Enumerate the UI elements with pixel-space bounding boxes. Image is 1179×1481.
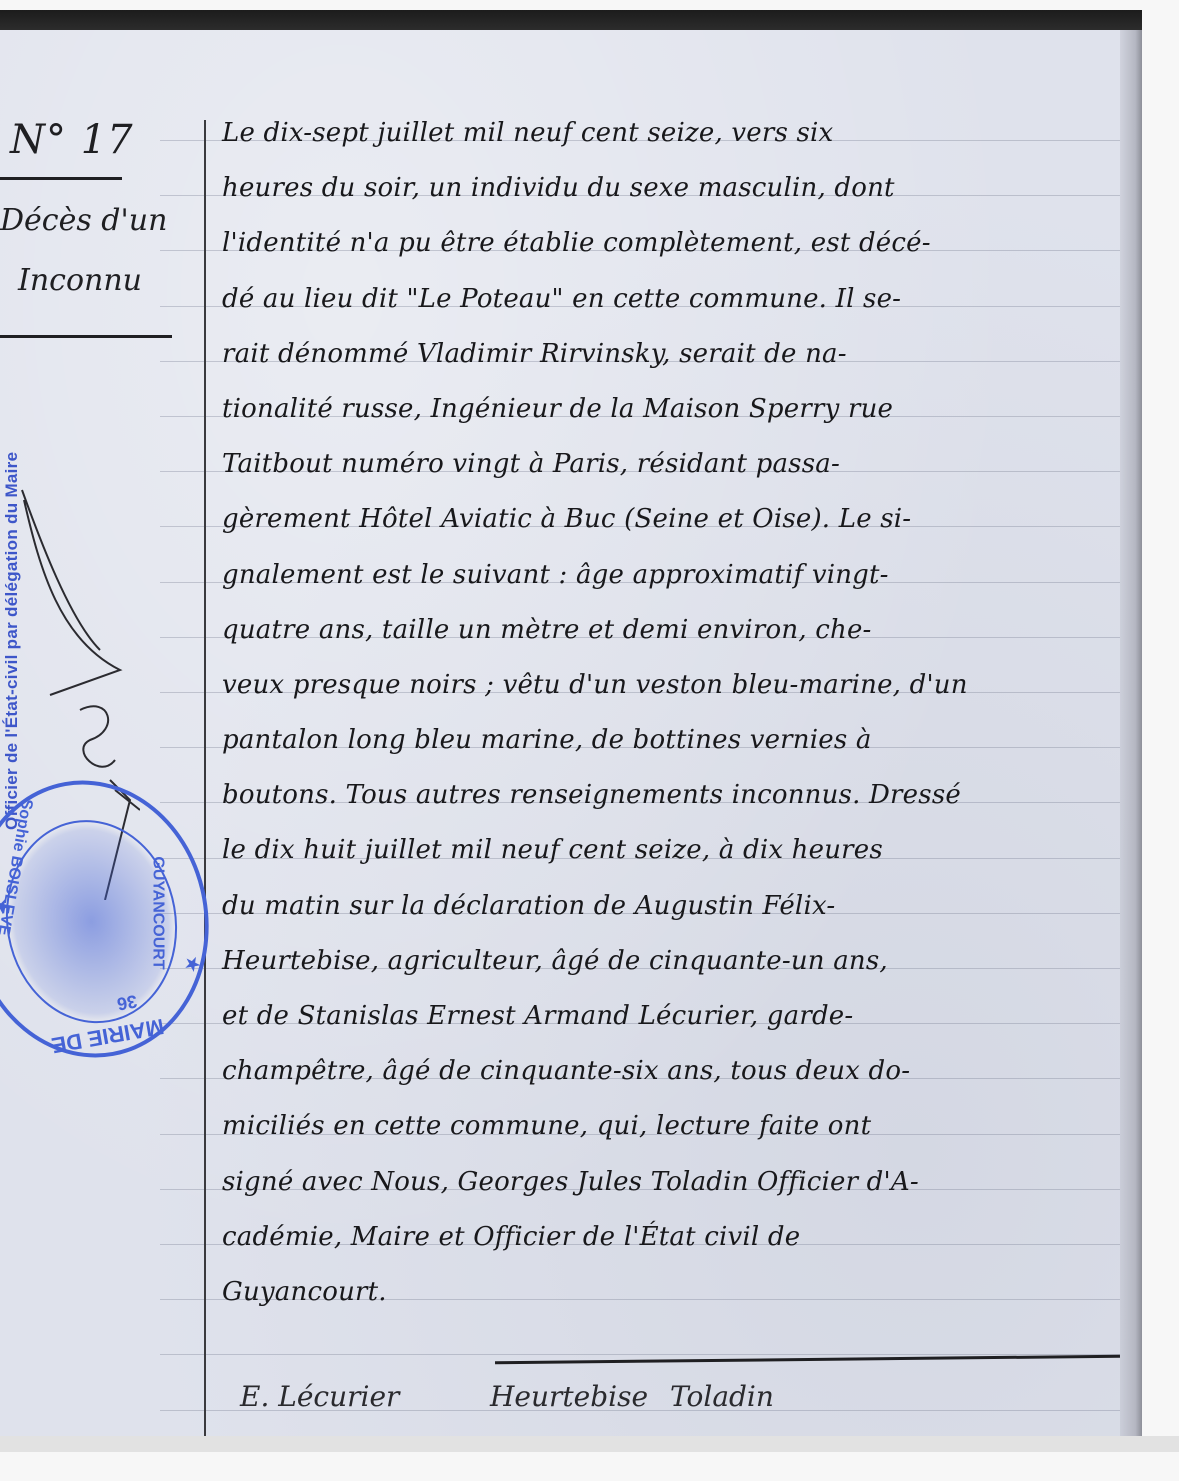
body-line: Heurtebise, agriculteur, âgé de cinquant… (222, 934, 1122, 989)
record-title-line-1: Décès d'un (0, 203, 167, 238)
municipal-seal: MAIRIE DE 36 GUYANCOURT ★ ★ Sophie BOISL… (0, 761, 230, 1076)
signature-toladin: Toladin (670, 1380, 774, 1413)
body-line: quatre ans, taille un mètre et demi envi… (222, 603, 1122, 658)
seal-side-text: GUYANCOURT (148, 856, 166, 969)
body-line: veux presque noirs ; vêtu d'un veston bl… (222, 658, 1122, 713)
body-line: Taitbout numéro vingt à Paris, résidant … (222, 437, 1122, 492)
signatures-row: E. Lécurier Heurtebise Toladin (240, 1370, 1040, 1436)
body-line: le dix huit juillet mil neuf cent seize,… (222, 823, 1122, 878)
body-line: gèrement Hôtel Aviatic à Buc (Seine et O… (222, 492, 1122, 547)
body-line: miciliés en cette commune, qui, lecture … (222, 1099, 1122, 1154)
body-line: rait dénommé Vladimir Rirvinsky, serait … (222, 327, 1122, 382)
official-stamp-text: Officier de l'État-civil par délégation … (2, 452, 22, 830)
ruled-line (160, 1354, 1120, 1355)
margin-rule (0, 177, 122, 180)
body-line: signé avec Nous, Georges Jules Toladin O… (222, 1155, 1122, 1210)
signature-heurtebise: Heurtebise (490, 1380, 648, 1413)
seal-number: 36 (115, 990, 138, 1014)
body-line: l'identité n'a pu être établie complètem… (222, 216, 1122, 271)
body-line: gnalement est le suivant : âge approxima… (222, 548, 1122, 603)
seal-star-icon: ★ (182, 951, 204, 978)
body-line: dé au lieu dit "Le Poteau" en cette comm… (222, 272, 1122, 327)
scanned-register-page: N° 17 Décès d'un Inconnu Officier de l'É… (0, 10, 1142, 1436)
body-line: du matin sur la déclaration de Augustin … (222, 879, 1122, 934)
body-line: pantalon long bleu marine, de bottines v… (222, 713, 1122, 768)
closing-rule (495, 1355, 1120, 1365)
margin-divider (204, 120, 206, 1436)
body-line: tionalité russe, Ingénieur de la Maison … (222, 382, 1122, 437)
body-line: Le dix-sept juillet mil neuf cent seize,… (222, 106, 1122, 161)
scan-right-border (1120, 30, 1142, 1436)
record-number: N° 17 (10, 117, 134, 163)
viewer-bottom-bar (0, 1436, 1179, 1452)
body-line: et de Stanislas Ernest Armand Lécurier, … (222, 989, 1122, 1044)
body-line: boutons. Tous autres renseignements inco… (222, 768, 1122, 823)
scan-top-border (0, 10, 1142, 30)
body-line: cadémie, Maire et Officier de l'État civ… (222, 1210, 1122, 1265)
record-body: Le dix-sept juillet mil neuf cent seize,… (222, 106, 1122, 1320)
body-line: Guyancourt. (222, 1265, 1122, 1320)
record-title-line-2: Inconnu (18, 263, 142, 298)
body-line: heures du soir, un individu du sexe masc… (222, 161, 1122, 216)
body-line: champêtre, âgé de cinquante-six ans, tou… (222, 1044, 1122, 1099)
margin-rule (0, 335, 172, 338)
signature-lecurier: E. Lécurier (240, 1380, 399, 1413)
